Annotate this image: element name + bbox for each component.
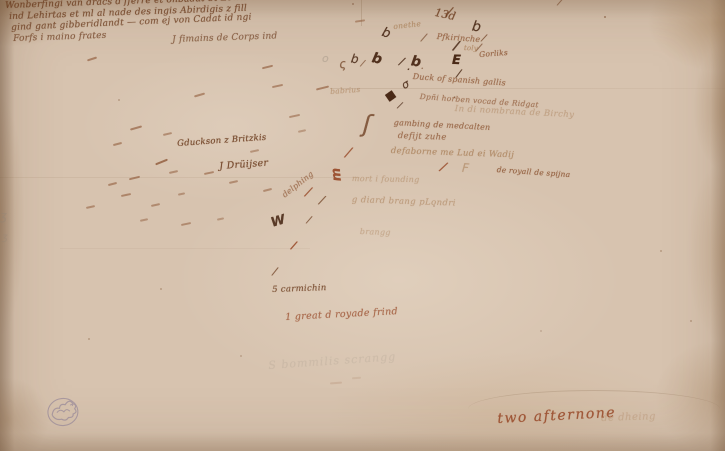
shoal-dash [87,56,97,61]
ink-label: mort i founding [352,175,420,184]
shoal-dash [151,203,160,207]
ink-label: Pfkirinche [436,33,480,44]
shoal-dash [217,217,224,220]
ink-mark: b [350,53,359,66]
ink-mark: b [371,51,384,67]
shoal-dash [108,182,117,186]
ink-mark: / [557,0,563,8]
ink-mark: / [421,32,427,44]
paper-speck [540,330,542,332]
ink-label: J Drüijser [219,159,269,172]
ink-label: 13d [434,7,457,22]
ink-label: Duck of spanish gallis [412,73,506,87]
crease-line [361,0,362,26]
ink-mark: b [380,26,392,41]
ink-label: de dheing [601,412,656,424]
ink-mark: / [397,102,403,112]
shoal-dash [272,84,283,88]
paper-speck [352,3,354,5]
ink-label: gambing de medcalten [394,119,491,132]
ink-mark: W [269,213,286,229]
shoal-dash [316,85,329,90]
ink-label: babrius [330,86,361,96]
shoal-dash [263,188,272,192]
shoal-dash [298,129,306,132]
ink-mark: m [330,167,344,182]
shoal-dash [289,114,300,118]
ink-label: S bommilis scrangg [268,351,397,371]
manuscript-page: /b///bςb/b/.b.E//σ◆/ʃ/m///W///F/ʒʒo. Won… [0,0,725,451]
ink-mark: / [439,161,448,175]
ink-label: g diard brang pLondri [352,196,456,208]
paper-speck [88,338,90,340]
ink-label: Gorliks [479,49,508,58]
ink-label: Forfs i maino frates [13,32,107,44]
ink-mark: F [462,162,470,174]
shoal-dash [163,132,172,136]
ink-mark: / [344,146,352,161]
ink-mark: / [360,60,365,69]
ink-label: 1 great d royade frind [285,307,398,322]
ink-mark: b [471,19,482,34]
ink-mark: E [452,54,461,67]
paper-speck [118,99,120,101]
shoal-dash [121,193,131,197]
ink-mark: ◆ [384,87,398,104]
shoal-dash [113,142,122,146]
paper-speck [160,288,162,290]
ink-label: Gduckson z Britzkis [177,134,267,149]
stamp-outer-ring [47,397,80,427]
ink-mark: ʃ [362,112,372,137]
shoal-dash [155,159,168,166]
ink-label: defijt zuhe [398,132,447,142]
ink-mark: / [318,194,325,207]
paper-speck [660,250,662,252]
ink-mark: ʒ [2,233,8,243]
shoal-dash [352,377,361,379]
shoal-dash [250,149,259,153]
ink-label: J fimains de Corps ind [172,32,278,45]
ink-label: brangg [360,228,391,237]
ink-label: de royall de spijna [496,166,570,179]
shoal-dash [140,218,148,221]
ink-mark: / [398,56,405,68]
paper-speck [433,205,435,207]
ink-label: defaborne me Lud ei Wadij [391,147,515,160]
ink-mark: σ [400,78,411,91]
shoal-dash [355,19,365,22]
ink-mark: . [421,62,424,72]
ink-label: toly [464,45,478,52]
shoal-dash [178,192,185,195]
ink-mark: / [272,266,278,278]
ink-mark: ʒ [0,210,7,222]
shoal-dash [130,125,142,130]
ink-mark: / [306,216,312,227]
shoal-dash [229,180,238,184]
paper-speck [240,355,242,357]
shoal-dash [86,205,95,209]
shoal-dash [129,176,140,180]
ink-mark: / [291,240,298,252]
ink-label: In di nombrana de Birchy [455,105,575,120]
crease-line [60,248,310,249]
shoal-dash [330,382,342,385]
ink-label: 5 carmichin [272,284,327,294]
shoal-dash [181,222,191,226]
paper-speck [604,16,606,18]
ink-label: two afternone [497,406,616,426]
shoal-dash [262,65,273,69]
paper-speck [690,320,692,322]
ink-mark: ς [338,58,347,71]
collection-stamp [42,393,84,433]
ink-label: onethe [393,20,422,30]
ink-mark: / [304,186,312,200]
ink-mark: o [322,53,329,64]
shoal-dash [169,170,178,174]
shoal-dash [194,93,205,98]
shoal-dash [204,171,214,175]
